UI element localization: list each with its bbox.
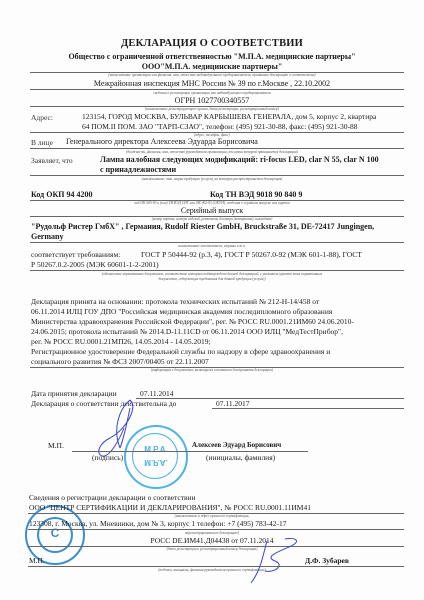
name-caption: (инициалы, фамилия) bbox=[206, 453, 275, 462]
basis-line: 06.11.2014 ИЛЦ ГОУ ДПО "Российская медиц… bbox=[31, 307, 332, 316]
stamp-text-mirrored: M.P.A. bbox=[126, 458, 186, 467]
caption: зарегистрировавшего декларацию) bbox=[0, 531, 424, 535]
caption: сведения о регистрации организации или и… bbox=[0, 91, 424, 95]
basis-line: Регистрационное удостоверение Федерально… bbox=[31, 347, 330, 356]
product-line-2: с принадлежностями bbox=[100, 165, 176, 174]
manufacturer-line-1: "Рудольф Ристер ГмбХ" , Германия, Rudolf… bbox=[31, 222, 374, 231]
signature-scribble-icon bbox=[90, 398, 150, 458]
caption: (подпись, инициалы, фамилия руководителя… bbox=[0, 568, 424, 572]
divider bbox=[212, 408, 404, 409]
caption: (информация о документах, являющихся осн… bbox=[0, 368, 424, 372]
cert-signer-name: Д.Ф. Зубарев bbox=[305, 556, 349, 565]
divider bbox=[72, 451, 308, 452]
represented-by-label: В лице bbox=[31, 138, 53, 147]
organization-full-name: Общество с ограниченной ответственностью… bbox=[0, 52, 424, 61]
registration-number: РОСС DE.ИМ41.Д04438 от 07.11.2014 bbox=[0, 536, 424, 545]
signature-caption: (подпись) bbox=[92, 453, 123, 462]
divider bbox=[28, 566, 404, 567]
basis-line: социального развития № ФСЗ 2007/00405 от… bbox=[31, 357, 209, 366]
address-label: Адрес: bbox=[31, 113, 53, 122]
declares-label: Заявляет, что bbox=[31, 156, 73, 165]
standards-label: соответствует требованиям: bbox=[31, 250, 120, 259]
basis-line: рег. № РОСС RU.0001.21МП26, 14.05.2014 -… bbox=[31, 337, 211, 346]
signer-name: Алексеев Эдуард Борисович bbox=[192, 441, 281, 449]
divider bbox=[30, 175, 404, 176]
cert-registration-title: Сведения о регистрации декларации о соот… bbox=[29, 493, 196, 502]
basis-line: Декларация принята на основании: протоко… bbox=[31, 297, 319, 306]
basis-line: 24.06.2015; протокола испытаний № 2014.D… bbox=[31, 327, 343, 336]
document-title: ДЕКЛАРАЦИЯ О СООТВЕТСТВИИ bbox=[0, 38, 424, 49]
product-line-1: Лампа налобная следующих модификаций: ri… bbox=[100, 155, 379, 164]
basis-line: Министерства здравоохранения Российской … bbox=[31, 317, 354, 326]
ogrn-number: ОГРН 1027700340557 bbox=[0, 96, 424, 105]
address-line-2: 64 ПОМ.II ПОМ. ЗАО "ТАРП-СЗАО", телефон:… bbox=[82, 122, 358, 131]
caption: документов, содержащих требования для да… bbox=[0, 277, 424, 281]
mp-label: М.П. bbox=[48, 441, 64, 450]
divider bbox=[30, 242, 404, 243]
tn-ved-code: Код ТН ВЭД 9018 90 840 9 bbox=[210, 190, 302, 199]
caption: (должность, фамилия, имя, отчество руков… bbox=[0, 150, 424, 154]
standards-line-2: Р 50267.0.2-2005 (МЭК 60601-1-2-2001) bbox=[31, 260, 159, 269]
caption: (наименование, тип, марка продукции (усл… bbox=[0, 177, 424, 181]
organization-short-name: ООО"М.П.А. медицинские партнеры" bbox=[0, 62, 424, 71]
divider bbox=[30, 148, 404, 149]
caption: наименование изготовителя, страны и т.п. bbox=[0, 244, 424, 248]
divider bbox=[28, 529, 404, 530]
divider bbox=[30, 270, 404, 271]
caption: (номер партии, номера изделий, реквизиты… bbox=[0, 217, 424, 221]
caption: (дата регистрации и регистрационный номе… bbox=[0, 547, 424, 551]
caption: (наименование регистрирующего органа, да… bbox=[0, 107, 424, 111]
accepted-date-value: 07.11.2014 bbox=[140, 389, 173, 398]
okp-code: Код ОКП 94 4200 bbox=[31, 190, 92, 199]
caption: (наименование организации или фамилия, и… bbox=[0, 73, 424, 77]
cert-body-address: 123308, г. Москва, ул. Мневники, дом № 3… bbox=[29, 519, 287, 528]
registration-authority: Межрайонная инспекция МНС России № 39 по… bbox=[0, 79, 424, 88]
cert-signature-scribble-icon bbox=[245, 535, 305, 585]
standards-line-1: ГОСТ Р 50444-92 (р.3, 4), ГОСТ Р 50267.0… bbox=[141, 250, 362, 259]
valid-until-value: 07.11.2017 bbox=[216, 399, 249, 408]
accepted-date-label: Дата принятия декларации bbox=[31, 389, 117, 398]
caption: (обозначение нормативных документов, соо… bbox=[0, 272, 424, 276]
address-line-1: 123154, ГОРОД МОСКВА, БУЛЬВАР КАРБЫШЕВА … bbox=[82, 112, 376, 121]
serial-release: Серийный выпуск bbox=[0, 206, 424, 215]
divider bbox=[30, 89, 404, 90]
cert-body-name: ООО "ЦЕНТР СЕРТИФИКАЦИИ И ДЕКЛАРИРОВАНИЯ… bbox=[29, 503, 311, 512]
cert-mp-label: М.П. bbox=[29, 556, 45, 565]
caption: (наименование и адрес органа по сертифик… bbox=[0, 514, 424, 518]
manufacturer-line-2: Germany bbox=[31, 232, 63, 241]
caption: код ОК 005-93 и (или) ТН ВЭД СНГ или ОК … bbox=[0, 201, 424, 205]
declaration-document: ДЕКЛАРАЦИЯ О СООТВЕТСТВИИ Общество с огр… bbox=[0, 0, 424, 600]
represented-by-value: Генерального директора Алексеева Эдуарда… bbox=[66, 137, 258, 146]
